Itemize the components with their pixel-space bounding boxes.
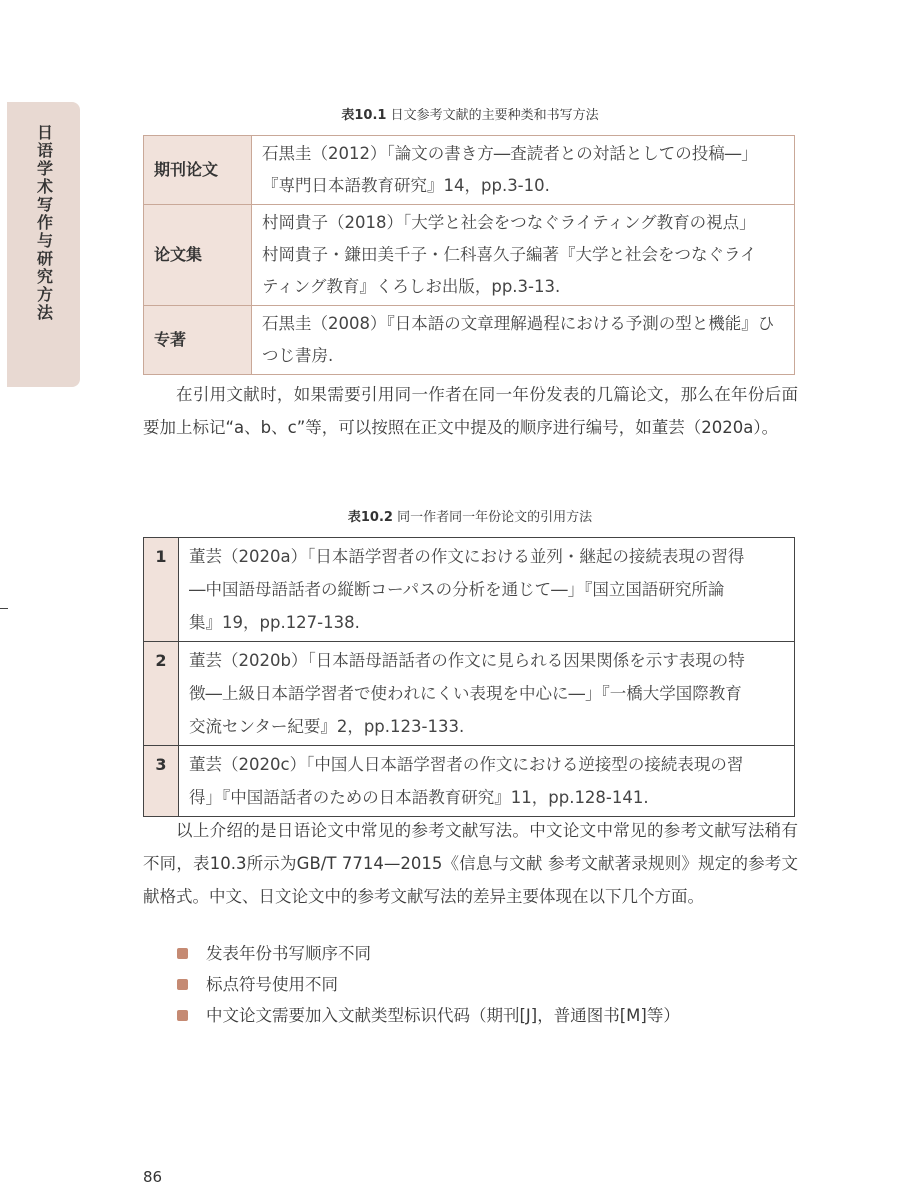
list-item: 中文论文需要加入文献类型标识代码（期刊[J]，普通图书[M]等） (177, 1000, 680, 1031)
row-content: 石黒圭（2008）『日本語の文章理解過程における予測の型と機能』ひ つじ書房. (252, 306, 795, 375)
row-content: 董芸（2020c）「中国人日本語学習者の作文における逆接型の接続表現の習 得」『… (179, 746, 795, 817)
table1-reference-types: 期刊论文 石黒圭（2012）「論文の書き方―査読者との対話としての投稿―」 『専… (143, 135, 795, 375)
content-line: 『専門日本語教育研究』14，pp.3-10. (262, 170, 786, 202)
table2-caption: 表10.2 同一作者同一年份论文的引用方法 (140, 506, 800, 525)
page-number: 86 (143, 1168, 162, 1186)
content-line: 交流センター紀要』2，pp.123-133. (189, 710, 786, 743)
table-row: 论文集 村岡貴子（2018）「大学と社会をつなぐライティング教育の視点」 村岡貴… (144, 205, 795, 306)
content-line: 石黒圭（2012）「論文の書き方―査読者との対話としての投稿―」 (262, 138, 786, 170)
row-content: 村岡貴子（2018）「大学と社会をつなぐライティング教育の視点」 村岡貴子・鎌田… (252, 205, 795, 306)
content-line: 董芸（2020a）「日本語学習者の作文における並列・継起の接続表現の習得 (189, 540, 786, 573)
list-item: 发表年份书写顺序不同 (177, 938, 680, 969)
table-row: 期刊论文 石黒圭（2012）「論文の書き方―査読者との対話としての投稿―」 『専… (144, 136, 795, 205)
list-item-text: 发表年份书写顺序不同 (206, 938, 371, 969)
differences-list: 发表年份书写顺序不同 标点符号使用不同 中文论文需要加入文献类型标识代码（期刊[… (177, 938, 680, 1031)
row-content: 董芸（2020a）「日本語学習者の作文における並列・継起の接続表現の習得 ―中国… (179, 538, 795, 642)
content-line: つじ書房. (262, 340, 786, 372)
content-line: 徴―上級日本語学習者で使われにくい表現を中心に―」『一橋大学国際教育 (189, 677, 786, 710)
table-row: 专著 石黒圭（2008）『日本語の文章理解過程における予測の型と機能』ひ つじ書… (144, 306, 795, 375)
list-item-text: 标点符号使用不同 (206, 969, 338, 1000)
table1-caption: 表10.1 日文参考文献的主要种类和书写方法 (140, 104, 800, 123)
row-number: 3 (144, 746, 179, 817)
table-row: 2 董芸（2020b）「日本語母語話者の作文に見られる因果関係を示す表現の特 徴… (144, 642, 795, 746)
list-item-text: 中文论文需要加入文献类型标识代码（期刊[J]，普通图书[M]等） (206, 1000, 680, 1031)
content-line: ティング教育』くろしお出版，pp.3-13. (262, 271, 786, 303)
square-bullet-icon (177, 948, 188, 959)
list-item: 标点符号使用不同 (177, 969, 680, 1000)
table2-same-year-citations: 1 董芸（2020a）「日本語学習者の作文における並列・継起の接続表現の習得 ―… (143, 537, 795, 817)
content-line: 村岡貴子（2018）「大学と社会をつなぐライティング教育の視点」 (262, 207, 786, 239)
table2-caption-number: 表10.2 (348, 510, 393, 525)
square-bullet-icon (177, 1010, 188, 1021)
table1-caption-text: 日文参考文献的主要种类和书写方法 (391, 108, 599, 123)
content-line: 董芸（2020b）「日本語母語話者の作文に見られる因果関係を示す表現の特 (189, 644, 786, 677)
row-number: 1 (144, 538, 179, 642)
content-line: 集』19，pp.127-138. (189, 606, 786, 639)
table2-caption-text: 同一作者同一年份论文的引用方法 (397, 510, 592, 525)
table-row: 1 董芸（2020a）「日本語学習者の作文における並列・継起の接続表現の習得 ―… (144, 538, 795, 642)
table1-caption-number: 表10.1 (341, 108, 386, 123)
chapter-side-tab-title: 日语学术写作与研究方法 (34, 124, 54, 322)
row-number: 2 (144, 642, 179, 746)
content-line: 得」『中国語話者のための日本語教育研究』11，pp.128-141. (189, 781, 786, 814)
row-content: 石黒圭（2012）「論文の書き方―査読者との対話としての投稿―」 『専門日本語教… (252, 136, 795, 205)
chapter-side-tab: 日语学术写作与研究方法 (7, 102, 80, 387)
content-line: ―中国語母語話者の縦断コーパスの分析を通じて―」『国立国語研究所論 (189, 573, 786, 606)
margin-mark (0, 608, 8, 609)
table-row: 3 董芸（2020c）「中国人日本語学習者の作文における逆接型の接続表現の習 得… (144, 746, 795, 817)
content-line: 石黒圭（2008）『日本語の文章理解過程における予測の型と機能』ひ (262, 308, 786, 340)
content-line: 村岡貴子・鎌田美千子・仁科喜久子編著『大学と社会をつなぐライ (262, 239, 786, 271)
square-bullet-icon (177, 979, 188, 990)
content-line: 董芸（2020c）「中国人日本語学習者の作文における逆接型の接続表現の習 (189, 748, 786, 781)
paragraph-same-author-citation: 在引用文献时，如果需要引用同一作者在同一年份发表的几篇论文，那么在年份后面要加上… (143, 378, 798, 444)
row-label: 论文集 (144, 205, 252, 306)
row-label: 专著 (144, 306, 252, 375)
row-content: 董芸（2020b）「日本語母語話者の作文に見られる因果関係を示す表現の特 徴―上… (179, 642, 795, 746)
row-label: 期刊论文 (144, 136, 252, 205)
paragraph-differences-intro: 以上介绍的是日语论文中常见的参考文献写法。中文论文中常见的参考文献写法稍有不同，… (143, 814, 798, 913)
